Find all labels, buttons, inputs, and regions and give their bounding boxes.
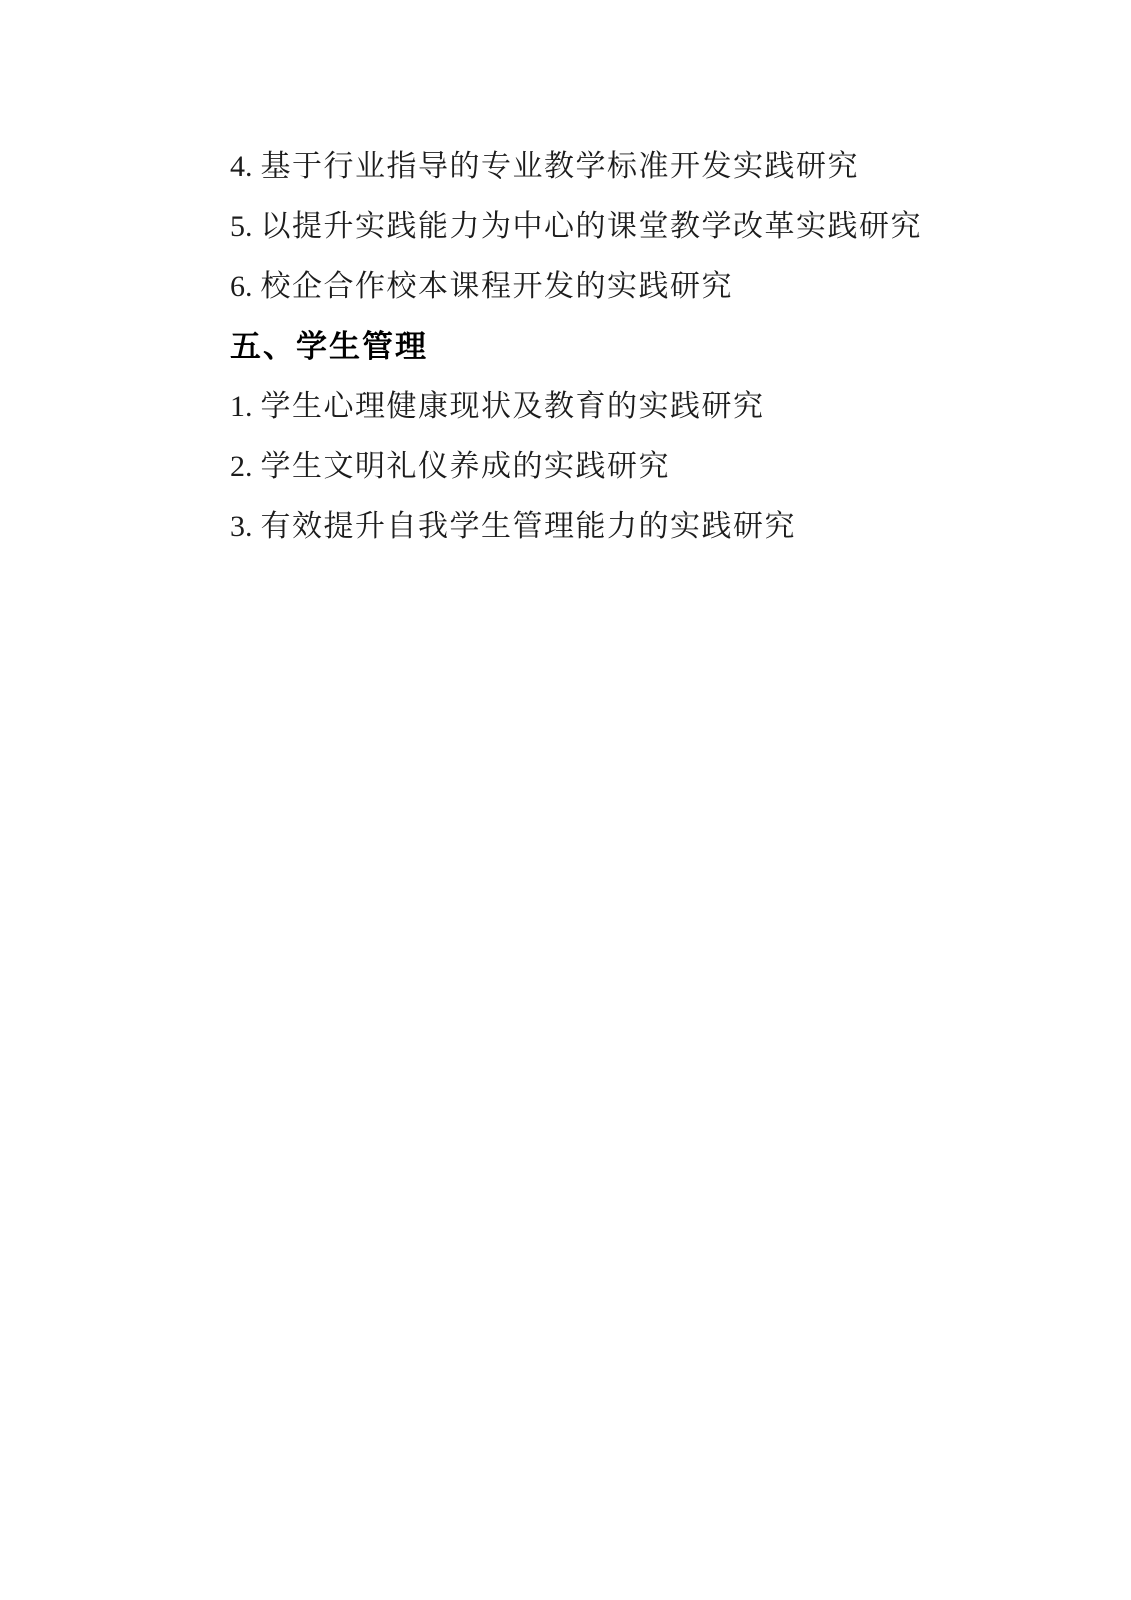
list-item: 5.以提升实践能力为中心的课堂教学改革实践研究: [230, 197, 1011, 257]
list-item-number: 5.: [230, 210, 253, 243]
list-item: 4.基于行业指导的专业教学标准开发实践研究: [230, 137, 1011, 197]
list-item-text: 学生文明礼仪养成的实践研究: [261, 450, 671, 483]
list-item-number: 2.: [230, 450, 253, 483]
list-item-text: 以提升实践能力为中心的课堂教学改革实践研究: [261, 210, 923, 243]
list-item-text: 基于行业指导的专业教学标准开发实践研究: [261, 150, 860, 183]
list-item: 3.有效提升自我学生管理能力的实践研究: [230, 497, 1011, 557]
document-page: 4.基于行业指导的专业教学标准开发实践研究 5.以提升实践能力为中心的课堂教学改…: [0, 0, 1131, 1600]
list-item: 6.校企合作校本课程开发的实践研究: [230, 257, 1011, 317]
list-item: 1.学生心理健康现状及教育的实践研究: [230, 377, 1011, 437]
list-item-number: 6.: [230, 270, 253, 303]
list-item-number: 4.: [230, 150, 253, 183]
document-content: 4.基于行业指导的专业教学标准开发实践研究 5.以提升实践能力为中心的课堂教学改…: [230, 137, 1011, 557]
section-heading: 五、学生管理: [230, 317, 1011, 377]
list-item: 2.学生文明礼仪养成的实践研究: [230, 437, 1011, 497]
list-item-text: 学生心理健康现状及教育的实践研究: [261, 390, 765, 423]
list-item-number: 3.: [230, 510, 253, 543]
list-item-text: 校企合作校本课程开发的实践研究: [261, 270, 734, 303]
list-item-number: 1.: [230, 390, 253, 423]
list-item-text: 有效提升自我学生管理能力的实践研究: [261, 510, 797, 543]
